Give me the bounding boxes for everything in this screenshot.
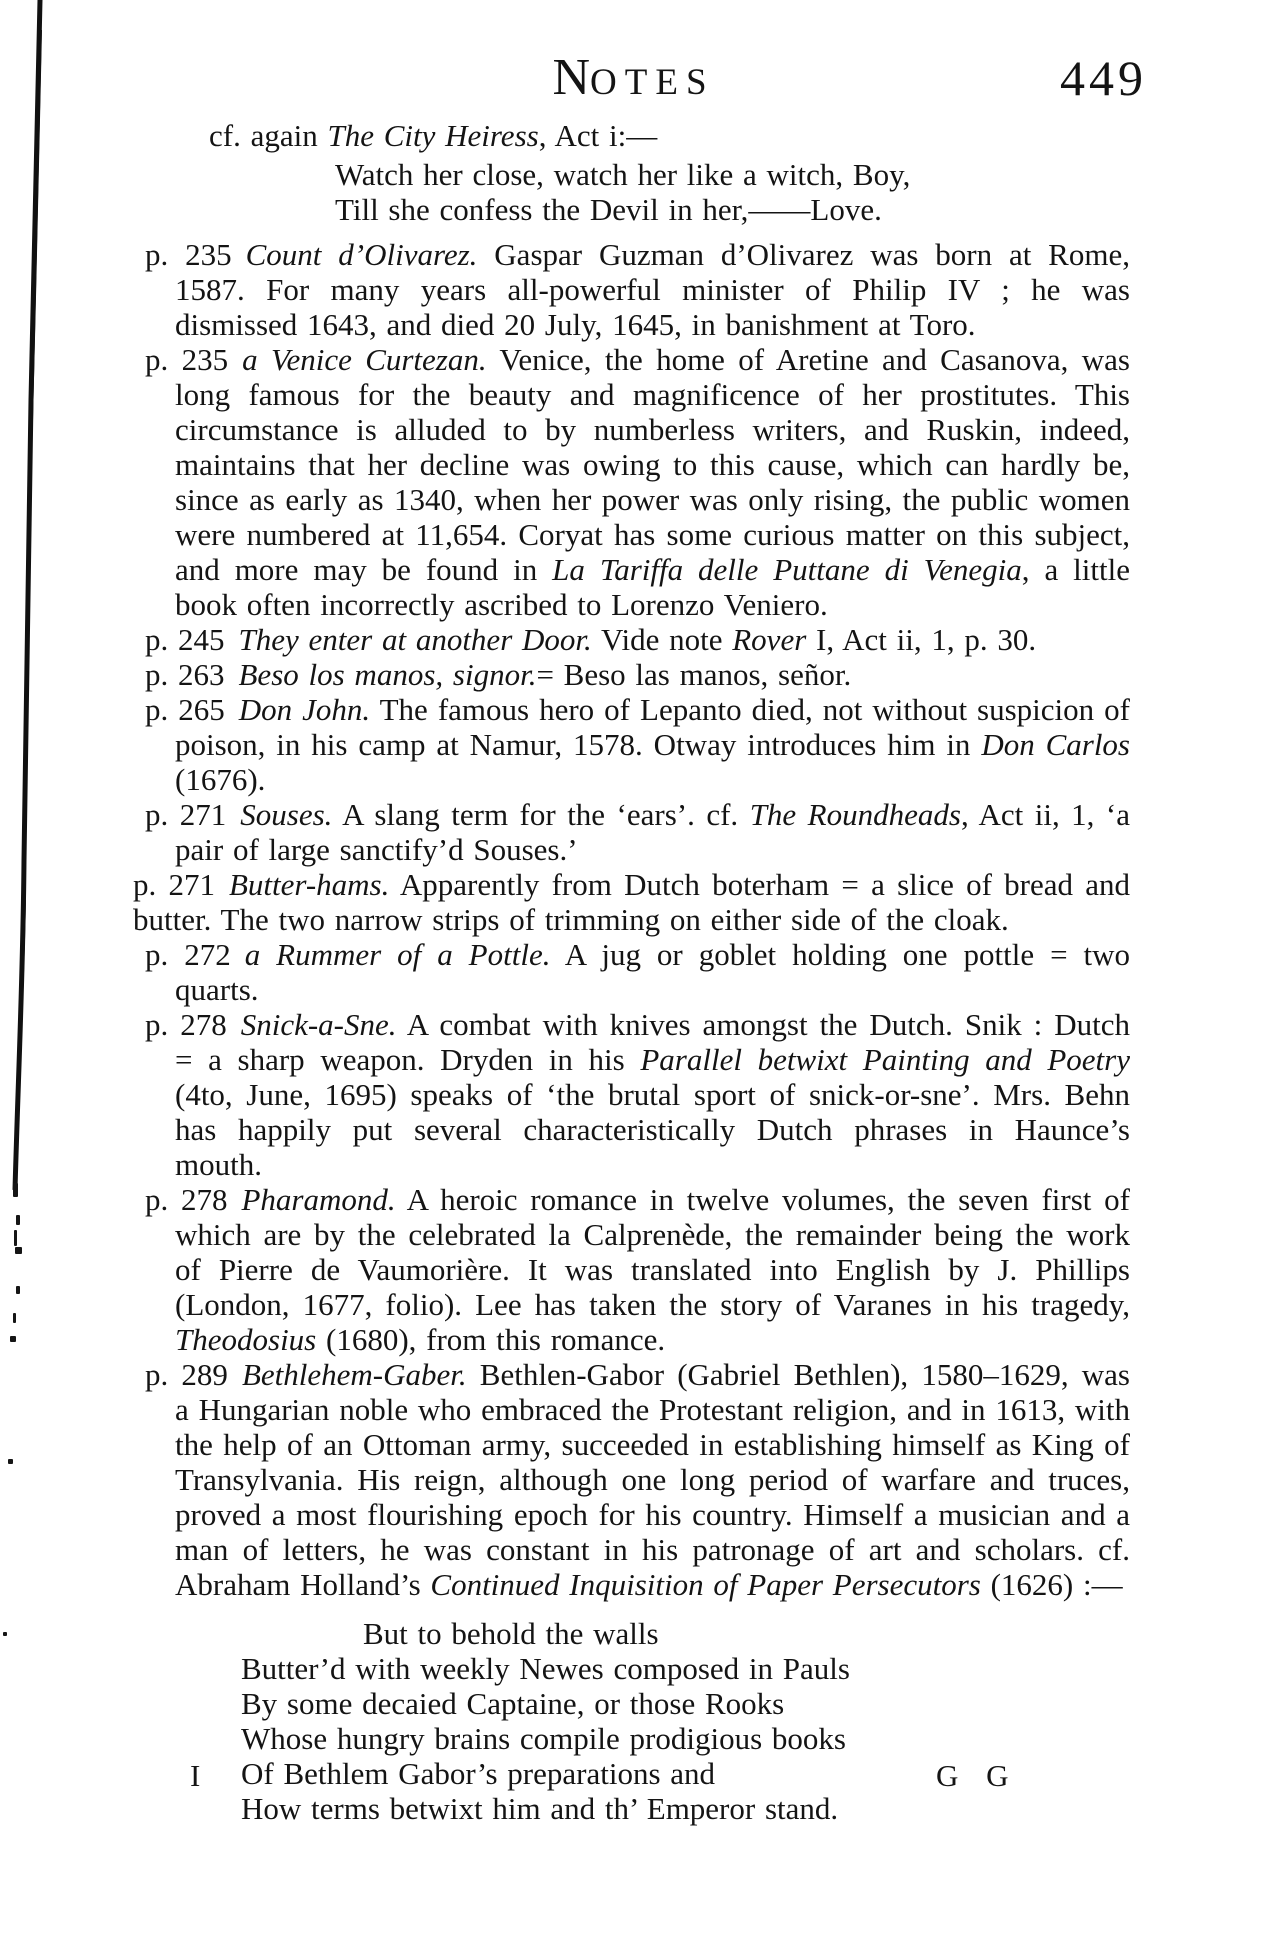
note-entry: p. 278Pharamond. A heroic romance in twe… <box>145 1182 1130 1357</box>
verse-line: But to behold the walls <box>363 1616 1130 1651</box>
italic-title-text: Beso los manos, signor. <box>239 657 537 692</box>
page-ref-label: p. 272 <box>145 937 231 972</box>
italic-title-text: They enter at another Door. <box>239 622 592 657</box>
printer-catchword: G G <box>936 1758 1019 1794</box>
note-entry: p. 235a Venice Curtezan. Venice, the hom… <box>145 342 1130 622</box>
italic-title-text: a Rummer of a Pottle. <box>245 937 551 972</box>
note-text: = Beso las manos, señor. <box>536 657 851 692</box>
scan-speck-artifact <box>16 1215 20 1225</box>
italic-title-text: The Roundheads <box>750 797 961 832</box>
note-entry: p. 272a Rummer of a Pottle. A jug or gob… <box>145 937 1130 1007</box>
note-text: (1676). <box>175 762 265 797</box>
page-ref-label: p. 263 <box>145 657 225 692</box>
note-entry: p. 271Souses. A slang term for the ‘ears… <box>145 797 1130 867</box>
scan-speck-artifact <box>14 1230 17 1246</box>
note-text: A slang term for the ‘ears’. cf. <box>332 797 749 832</box>
scan-speck-artifact <box>8 1459 13 1464</box>
italic-title-text: Rover <box>732 622 806 657</box>
verse-line: Whose hungry brains compile prodigious b… <box>241 1721 1130 1756</box>
page-ref-label: p. 271 <box>133 867 215 902</box>
note-entry: p. 245They enter at another Door. Vide n… <box>145 622 1130 657</box>
italic-title-text: Don Carlos <box>981 727 1130 762</box>
scan-speck-artifact <box>10 1336 16 1342</box>
italic-title-text: Don John. <box>239 692 370 727</box>
note-text: Bethlen-Gabor (Gabriel Bethlen), 1580–16… <box>175 1357 1130 1602</box>
page-ref-label: p. 235 <box>145 342 228 377</box>
running-title-initial: N <box>552 49 590 106</box>
note-entry: p. 278Snick-a-Sne. A combat with knives … <box>145 1007 1130 1182</box>
intro-line: cf. again The City Heiress, Act i:— <box>209 118 1130 153</box>
verse-line: Butter’d with weekly Newes composed in P… <box>241 1651 1130 1686</box>
verse-line: Watch her close, watch her like a witch,… <box>335 157 1130 192</box>
italic-title-text: a Venice Curtezan. <box>242 342 487 377</box>
page-number: 449 <box>1060 52 1147 104</box>
scan-speck-artifact <box>13 1313 16 1323</box>
italic-title-text: Count d’Olivarez. <box>246 237 478 272</box>
italic-title-text: Theodosius <box>175 1322 316 1357</box>
note-entry: p. 235Count d’Olivarez. Gaspar Guzman d’… <box>145 237 1130 342</box>
page-ref-label: p. 265 <box>145 692 225 727</box>
page-ref-label: p. 235 <box>145 237 232 272</box>
italic-title-text: The City Heiress <box>327 118 538 153</box>
verse-line: Till she confess the Devil in her,——Love… <box>335 192 1130 227</box>
italic-title-text: Snick-a-Sne. <box>241 1007 397 1042</box>
entries: p. 235Count d’Olivarez. Gaspar Guzman d’… <box>145 237 1130 1602</box>
italic-title-text: Parallel betwixt Painting and Poetry <box>640 1042 1130 1077</box>
signature-mark: I <box>190 1758 200 1794</box>
quote-verse-holland: But to behold the wallsButter’d with wee… <box>241 1616 1130 1826</box>
italic-title-text: Pharamond. <box>242 1182 396 1217</box>
page-ref-label: p. 245 <box>145 622 225 657</box>
note-text: (4to, June, 1695) speaks of ‘the brutal … <box>175 1077 1130 1182</box>
scan-speck-artifact <box>3 1632 7 1636</box>
italic-title-text: Souses. <box>240 797 332 832</box>
scan-edge-artifact <box>0 0 60 1958</box>
scan-speck-artifact <box>13 1183 18 1197</box>
note-entry: p. 263Beso los manos, signor.= Beso las … <box>145 657 1130 692</box>
italic-title-text: Bethlehem-Gaber. <box>242 1357 467 1392</box>
page-ref-label: p. 289 <box>145 1357 228 1392</box>
quote-verse-city-heiress: Watch her close, watch her like a witch,… <box>335 157 1130 227</box>
note-entry: p. 265Don John. The famous hero of Lepan… <box>145 692 1130 797</box>
verse-line: How terms betwixt him and th’ Emperor st… <box>241 1791 1130 1826</box>
note-text: Vide note <box>592 622 732 657</box>
running-title-rest: OTES <box>590 62 715 103</box>
page-ref-label: p. 278 <box>145 1182 228 1217</box>
note-text: , Act i:— <box>539 118 658 153</box>
italic-title-text: La Tariffa delle Puttane di Venegia <box>552 552 1022 587</box>
note-entry: p. 289Bethlehem-Gaber. Bethlen-Gabor (Ga… <box>145 1357 1130 1602</box>
page-ref-label: p. 278 <box>145 1007 227 1042</box>
verse-line: By some decaied Captaine, or those Rooks <box>241 1686 1130 1721</box>
scan-speck-artifact <box>16 1286 20 1294</box>
note-text: (1626) :— <box>981 1567 1123 1602</box>
note-text: (1680), from this romance. <box>316 1322 665 1357</box>
note-entry: p. 271Butter-hams. Apparently from Dutch… <box>133 867 1130 937</box>
book-page-scan: NOTES 449 cf. again The City Heiress, Ac… <box>0 0 1267 1958</box>
scan-speck-artifact <box>15 1247 22 1254</box>
italic-title-text: Butter-hams. <box>229 867 389 902</box>
italic-title-text: Continued Inquisition of Paper Persecuto… <box>430 1567 980 1602</box>
note-text: I, Act ii, 1, p. 30. <box>806 622 1036 657</box>
page-ref-label: p. 271 <box>145 797 226 832</box>
note-text: cf. again <box>209 118 327 153</box>
page-text-block: cf. again The City Heiress, Act i:— Watc… <box>145 118 1130 1826</box>
note-text: Venice, the home of Aretine and Casanova… <box>175 342 1130 587</box>
